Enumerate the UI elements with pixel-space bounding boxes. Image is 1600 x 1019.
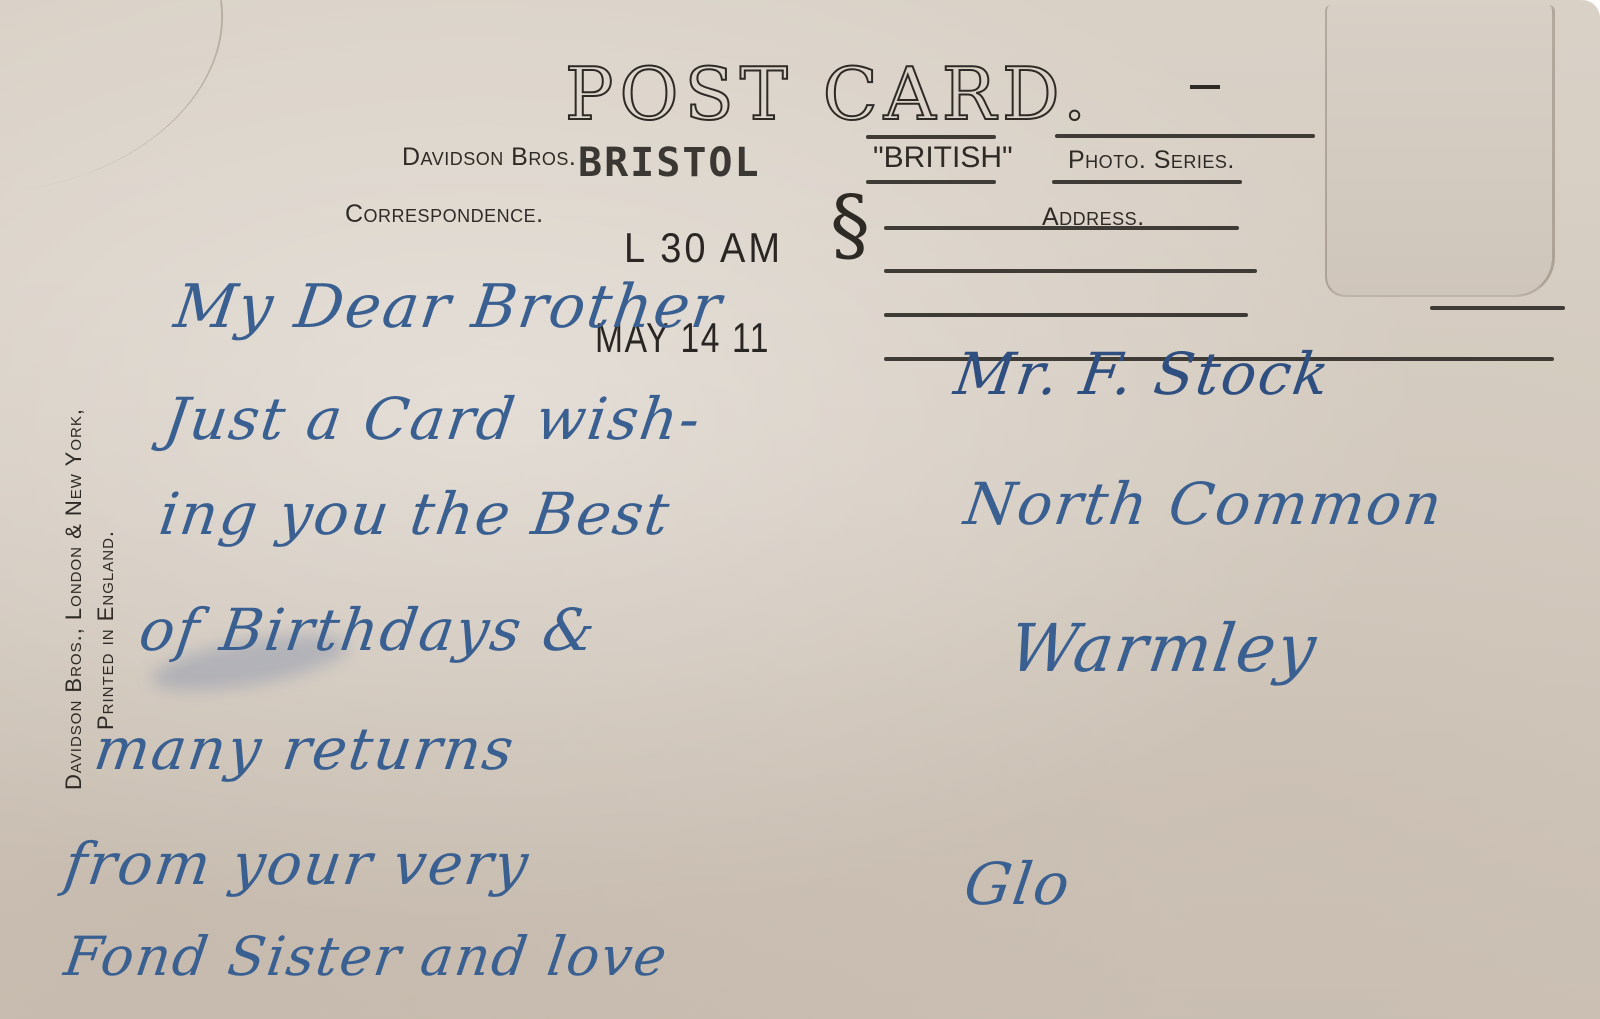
- message-line: of Birthdays &: [135, 596, 601, 664]
- message-line: from your very: [60, 830, 534, 898]
- address-rule-1: [884, 226, 1239, 230]
- postcard-back: POST CARD. Davidson Bros. "BRITISH" Phot…: [0, 0, 1600, 1019]
- address-line: Mr. F. Stock: [950, 340, 1335, 408]
- postcard-title: POST CARD.: [565, 52, 1092, 136]
- correspondence-label: Correspondence.: [345, 200, 544, 229]
- series-suffix: Photo. Series.: [1068, 146, 1235, 175]
- message-line: My Dear Brother: [170, 272, 727, 342]
- address-line: Warmley: [1005, 610, 1323, 687]
- divider-flourish-icon: §: [830, 185, 870, 265]
- address-rule-2: [884, 269, 1257, 273]
- message-line: Just a Card wish-: [160, 385, 706, 453]
- address-line: North Common: [960, 470, 1448, 538]
- rule-series-bottom-left: [866, 180, 996, 184]
- title-dash: [1190, 85, 1220, 89]
- paper-crease: [2, 0, 244, 189]
- message-line: ing you the Best: [155, 480, 675, 548]
- postmark-time: L 30 AM: [624, 226, 783, 273]
- address-rule-3: [884, 313, 1248, 317]
- postmark-town: BRISTOL: [578, 140, 761, 186]
- message-line: many returns: [90, 715, 519, 783]
- rule-series-top-right: [1055, 134, 1315, 138]
- stamp-area-residue: [1325, 5, 1555, 297]
- address-rule-3-right: [1430, 306, 1565, 310]
- publisher-name: Davidson Bros.: [402, 143, 576, 172]
- rule-series-bottom-right: [1052, 180, 1242, 184]
- rule-series-top-left: [866, 135, 996, 139]
- series-name: "BRITISH": [873, 141, 1013, 175]
- address-line: Glo: [960, 850, 1075, 918]
- imprint-line-1: Davidson Bros., London & New York,: [58, 408, 90, 790]
- message-line: Fond Sister and love: [61, 925, 673, 988]
